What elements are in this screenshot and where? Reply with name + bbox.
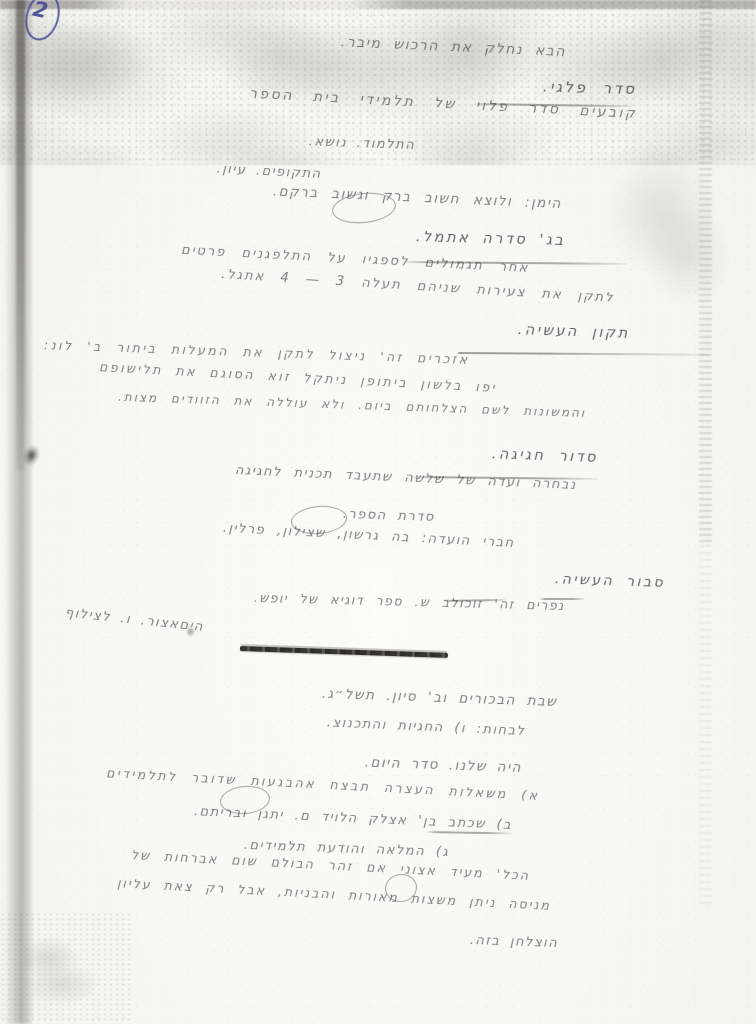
section-heading: סדר פלגי. [543,78,637,98]
handwritten-line: נפרים זה' זוכולב ש. ספר דוגיא של יופש. [254,590,565,613]
handwritten-line: נבחרה ועדה של שלשה שתעבד תכנית לחגיגה [235,463,577,493]
handwritten-line: היםאצור. ו. לצילוף [65,605,205,635]
scan-edge-left [5,0,32,1024]
page-number-circle-icon [20,0,65,45]
handwritten-line: חברי הועדה: בה גרשון, שצילון, פרלין. [223,521,515,551]
handwritten-line: היה שלנו. סדר היום. [364,755,522,776]
scan-smudge [0,912,130,1024]
scan-smudge [19,442,43,470]
scanned-page: 2 הבא נחלק את הרכוש מיבר. סדר פלגי. קובע… [0,0,756,1024]
page-number: 2 [31,0,50,23]
handwritten-line: לבחות: ו) החגיות והתכנוצ. [327,715,526,739]
handwritten-line: לתקן את צעירות שניהם תעלה 3 — 4 אתגל. [221,267,615,306]
section-heading: בג' סדרה אתמל. [415,229,565,249]
section-heading: תקון העשיה. [518,322,630,342]
scan-edge-top [0,0,756,9]
section-heading: סבור העשיה. [554,571,665,591]
scan-edge-left [16,0,25,470]
scan-edge-right [699,0,712,545]
section-heading: סדור חגיגה. [491,446,598,466]
handwritten-line: התקופים. עיון. [216,162,322,182]
emphasis-strike-line [240,646,448,658]
handwritten-line: מניסה ניתן משצות מאורות והבניות, אבל רק … [116,875,551,913]
scan-edge-right [699,545,712,905]
handwritten-line: הימן: ולוצא חשוב ברק וגשוב ברקם. [272,183,562,212]
scan-smudge [560,110,756,360]
handwritten-line: ב) שכתב בן' אצלק הלויד ם. יתגן ובריתם. [193,804,512,833]
handwritten-line: הוצלחן בזה. [469,933,558,951]
handwritten-line: והמשונות לשם הצלחותם ביום. ולא עוללה את … [117,390,586,420]
handwritten-line: שבת הבכורים וב' סיון. תשל״ג. [322,686,558,710]
page-number-mark: 2 [24,0,60,40]
handwritten-line: הבא נחלק את הרכוש מיבר. [340,34,566,60]
handwritten-line: סדרת הספר. [342,507,435,525]
heading-underline [458,352,710,356]
handwritten-line: התלמוד. נושא. [308,134,415,153]
